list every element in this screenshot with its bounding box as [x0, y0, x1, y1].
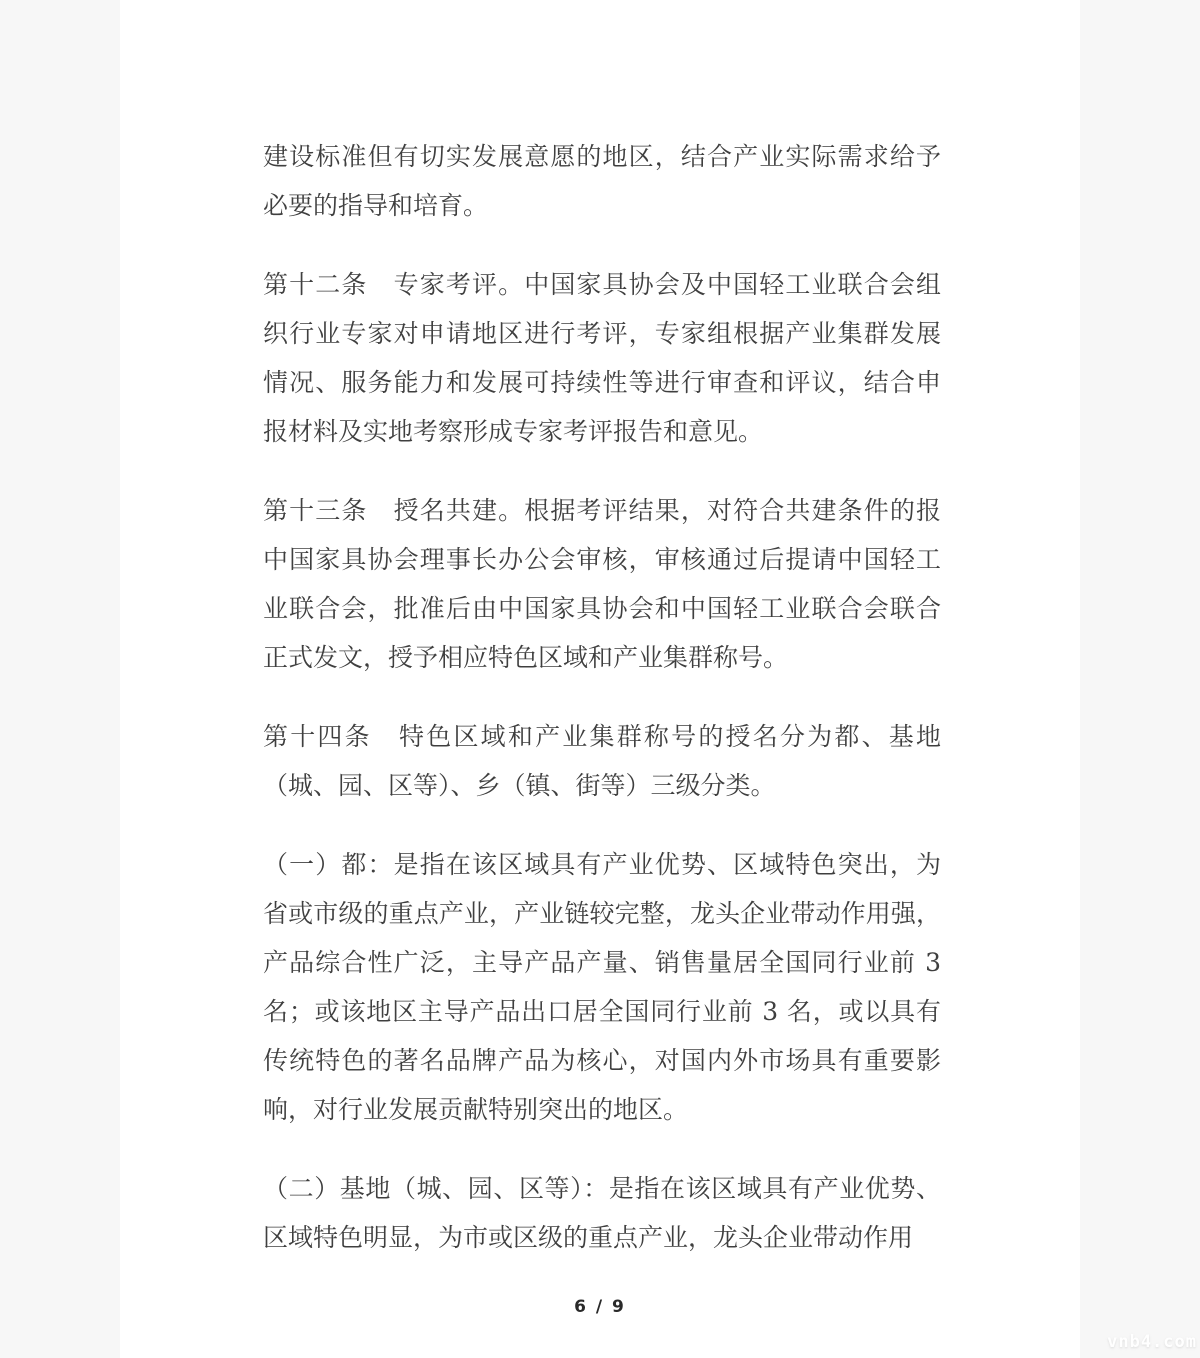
- text-line: 第十三条 授名共建。根据考评结果，对符合共建条件的报: [263, 486, 941, 535]
- paragraph: （一）都：是指在该区域具有产业优势、区域特色突出，为省或市级的重点产业，产业链较…: [263, 840, 941, 1134]
- text-line: 织行业专家对申请地区进行考评，专家组根据产业集群发展: [263, 309, 941, 358]
- paragraph: 第十二条 专家考评。中国家具协会及中国轻工业联合会组织行业专家对申请地区进行考评…: [263, 260, 941, 456]
- text-line: 区域特色明显，为市或区级的重点产业，龙头企业带动作用: [263, 1213, 941, 1262]
- text-line: 情况、服务能力和发展可持续性等进行审查和评议，结合申: [263, 358, 941, 407]
- text-line: （城、园、区等）、乡（镇、街等）三级分类。: [263, 761, 941, 810]
- paragraph: 建设标准但有切实发展意愿的地区，结合产业实际需求给予必要的指导和培育。: [263, 132, 941, 230]
- text-line: 报材料及实地考察形成专家考评报告和意见。: [263, 407, 941, 456]
- text-line: 必要的指导和培育。: [263, 181, 941, 230]
- document-text-block: 建设标准但有切实发展意愿的地区，结合产业实际需求给予必要的指导和培育。第十二条 …: [263, 132, 941, 1262]
- text-line: 业联合会，批准后由中国家具协会和中国轻工业联合会联合: [263, 584, 941, 633]
- paragraph: 第十三条 授名共建。根据考评结果，对符合共建条件的报中国家具协会理事长办公会审核…: [263, 486, 941, 682]
- text-line: 中国家具协会理事长办公会审核，审核通过后提请中国轻工: [263, 535, 941, 584]
- text-line: （一）都：是指在该区域具有产业优势、区域特色突出，为: [263, 840, 941, 889]
- document-page: 建设标准但有切实发展意愿的地区，结合产业实际需求给予必要的指导和培育。第十二条 …: [120, 0, 1080, 1358]
- text-line: 传统特色的著名品牌产品为核心，对国内外市场具有重要影: [263, 1036, 941, 1085]
- text-line: 名；或该地区主导产品出口居全国同行业前 3 名，或以具有: [263, 987, 941, 1036]
- text-line: 第十四条 特色区域和产业集群称号的授名分为都、基地: [263, 712, 941, 761]
- page-number: 6 / 9: [120, 1297, 1080, 1317]
- paragraph: （二）基地（城、园、区等）：是指在该区域具有产业优势、区域特色明显，为市或区级的…: [263, 1164, 941, 1262]
- text-line: 正式发文，授予相应特色区域和产业集群称号。: [263, 633, 941, 682]
- text-line: 产品综合性广泛，主导产品产量、销售量居全国同行业前 3: [263, 938, 941, 987]
- paragraph: 第十四条 特色区域和产业集群称号的授名分为都、基地（城、园、区等）、乡（镇、街等…: [263, 712, 941, 810]
- text-line: 省或市级的重点产业，产业链较完整，龙头企业带动作用强，: [263, 889, 941, 938]
- document-viewer: 建设标准但有切实发展意愿的地区，结合产业实际需求给予必要的指导和培育。第十二条 …: [0, 0, 1200, 1358]
- text-line: 建设标准但有切实发展意愿的地区，结合产业实际需求给予: [263, 132, 941, 181]
- watermark: vnb4.com: [1107, 1332, 1197, 1352]
- text-line: 第十二条 专家考评。中国家具协会及中国轻工业联合会组: [263, 260, 941, 309]
- text-line: （二）基地（城、园、区等）：是指在该区域具有产业优势、: [263, 1164, 941, 1213]
- text-line: 响，对行业发展贡献特别突出的地区。: [263, 1085, 941, 1134]
